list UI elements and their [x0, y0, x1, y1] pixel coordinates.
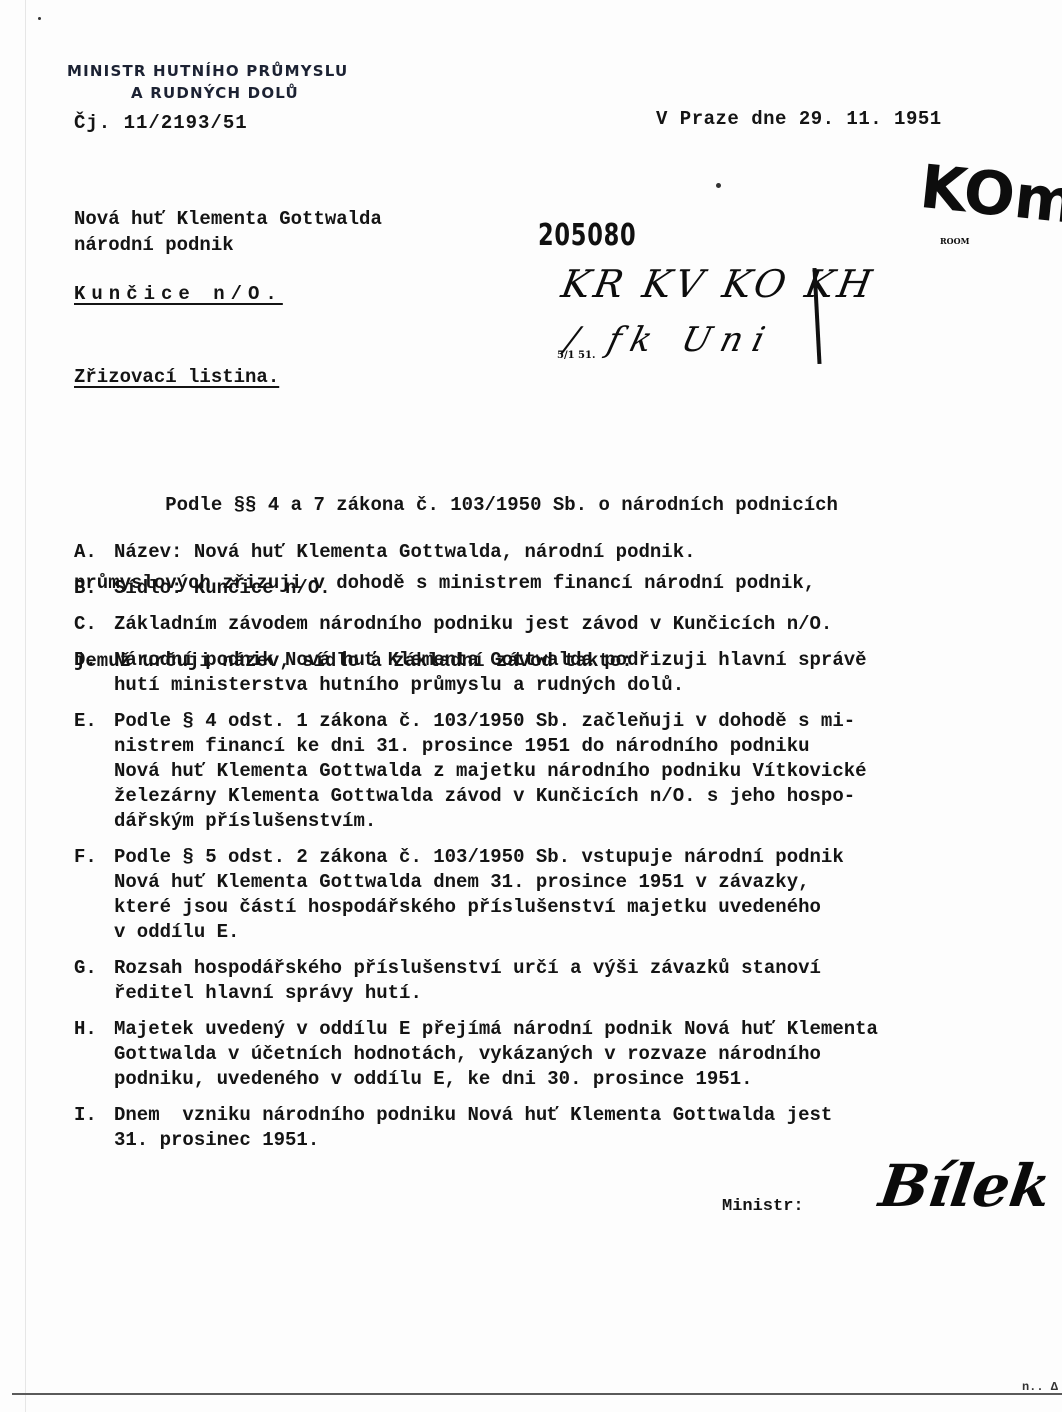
clause-text-line: Dnem vzniku národního podniku Nová huť K…: [114, 1103, 1059, 1128]
reference-number: Čj. 11/2193/51: [74, 112, 248, 134]
clause-text-line: nistrem financí ke dni 31. prosince 1951…: [114, 734, 1059, 759]
clause-letter: B.: [74, 576, 114, 601]
clause-text-line: které jsou částí hospodářského příslušen…: [114, 895, 1059, 920]
clause-text-line: 31. prosinec 1951.: [114, 1128, 1059, 1153]
signoff-label: Ministr:: [722, 1197, 804, 1216]
document-page: MINISTR HUTNÍHO PRŮMYSLU A RUDNÝCH DOLŮ …: [0, 0, 1062, 1412]
scan-bottom-mark: n.. Δ: [1022, 1380, 1058, 1394]
clause-letter: I.: [74, 1103, 114, 1128]
intro-line: Podle §§ 4 a 7 zákona č. 103/1950 Sb. o …: [74, 492, 1034, 518]
scan-speck: [716, 183, 721, 188]
clause-item: F.Podle § 5 odst. 2 zákona č. 103/1950 S…: [74, 845, 1059, 945]
clause-text-line: Gottwalda v účetních hodnotách, vykázaný…: [114, 1042, 1059, 1067]
clause-text-line: dářským příslušenstvím.: [114, 809, 1059, 834]
addressee-line-2: národní podnik: [74, 232, 382, 258]
clause-letter: G.: [74, 956, 114, 981]
place-and-date: V Praze dne 29. 11. 1951: [656, 108, 942, 130]
clause-text-line: Majetek uvedený v oddílu E přejímá národ…: [114, 1017, 1059, 1042]
clause-item: G.Rozsah hospodářského příslušenství urč…: [74, 956, 1059, 1006]
clause-letter: A.: [74, 540, 114, 565]
addressee-city: Kunčice n/O.: [74, 283, 283, 305]
clause-list: A.Název: Nová huť Klementa Gottwalda, ná…: [74, 540, 1059, 1164]
clause-letter: H.: [74, 1017, 114, 1042]
clause-item: C.Základním závodem národního podniku je…: [74, 612, 1059, 637]
clause-text-line: Nová huť Klementa Gottwalda z majetku ná…: [114, 759, 1059, 784]
clause-text-line: Podle § 4 odst. 1 zákona č. 103/1950 Sb.…: [114, 709, 1059, 734]
clause-letter: D.: [74, 648, 114, 673]
handwritten-kom-subscript: ROOM: [940, 236, 969, 246]
scan-speck: [38, 17, 41, 20]
clause-text-line: Národní podnik Nová huť Klementa Gottwal…: [114, 648, 1059, 673]
clause-text-line: Podle § 5 odst. 2 zákona č. 103/1950 Sb.…: [114, 845, 1059, 870]
clause-letter: C.: [74, 612, 114, 637]
letterhead-line-2: A RUDNÝCH DOLŮ: [64, 82, 414, 104]
document-title: Zřizovací listina.: [74, 366, 279, 388]
scan-bottom-rule: [12, 1393, 1062, 1395]
handwritten-date: 5/1 51.: [557, 350, 595, 361]
letterhead-line-1: MINISTR HUTNÍHO PRŮMYSLU: [64, 60, 414, 82]
clause-text-line: podniku, uvedeného v oddílu E, ke dni 30…: [114, 1067, 1059, 1092]
clause-text-line: Nová huť Klementa Gottwalda dnem 31. pro…: [114, 870, 1059, 895]
clause-item: D.Národní podnik Nová huť Klementa Gottw…: [74, 648, 1059, 698]
clause-text-line: hutí ministerstva hutního průmyslu a rud…: [114, 673, 1059, 698]
clause-letter: E.: [74, 709, 114, 734]
handwritten-kom-mark: KOm: [917, 152, 1062, 238]
registry-stamp-number: 205080: [538, 218, 636, 253]
letterhead: MINISTR HUTNÍHO PRŮMYSLU A RUDNÝCH DOLŮ: [64, 60, 414, 104]
clause-item: E.Podle § 4 odst. 1 zákona č. 103/1950 S…: [74, 709, 1059, 834]
addressee-line-1: Nová huť Klementa Gottwalda: [74, 206, 382, 232]
clause-item: B.Sídlo: Kunčice n/O.: [74, 576, 1059, 601]
clause-item: A.Název: Nová huť Klementa Gottwalda, ná…: [74, 540, 1059, 565]
addressee: Nová huť Klementa Gottwalda národní podn…: [74, 206, 382, 258]
clause-item: I.Dnem vzniku národního podniku Nová huť…: [74, 1103, 1059, 1153]
clause-text-line: Sídlo: Kunčice n/O.: [114, 576, 1059, 601]
clause-text-line: železárny Klementa Gottwalda závod v Kun…: [114, 784, 1059, 809]
clause-item: H.Majetek uvedený v oddílu E přejímá nár…: [74, 1017, 1059, 1092]
clause-letter: F.: [74, 845, 114, 870]
clause-text-line: ředitel hlavní správy hutí.: [114, 981, 1059, 1006]
clause-text-line: Název: Nová huť Klementa Gottwalda, náro…: [114, 540, 1059, 565]
scan-edge: [25, 0, 26, 1412]
minister-signature: Bílek: [875, 1152, 1055, 1220]
handwritten-initials-row-1: KR KV KO KH: [558, 262, 879, 306]
clause-text-line: Rozsah hospodářského příslušenství určí …: [114, 956, 1059, 981]
clause-text-line: Základním závodem národního podniku jest…: [114, 612, 1059, 637]
clause-text-line: v oddílu E.: [114, 920, 1059, 945]
